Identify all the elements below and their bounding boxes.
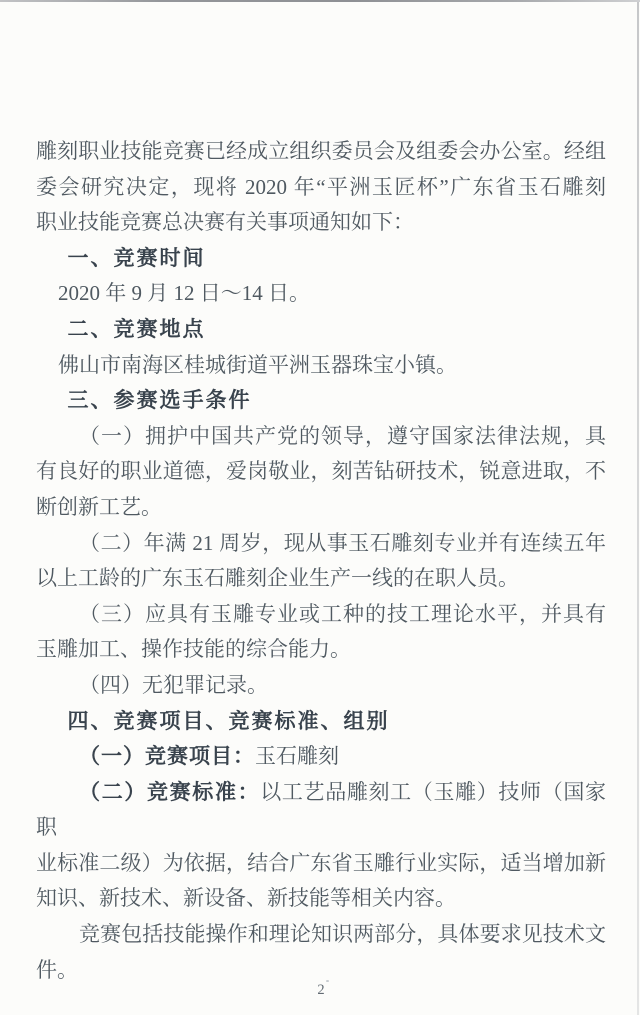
heading-events-standards-groups: 四、竞赛项目、竞赛标准、组别 xyxy=(36,704,606,740)
requirement-1-line-1: （一）拥护中国共产党的领导，遵守国家法律法规，具 xyxy=(36,419,606,455)
requirement-3-line-1: （三）应具有玉雕专业或工种的技工理论水平，并具有 xyxy=(36,597,606,633)
requirement-2-line-1: （二）年满 21 周岁，现从事玉石雕刻专业并有连续五年 xyxy=(36,526,606,562)
requirement-2-line-2: 以上工龄的广东玉石雕刻企业生产一线的在职人员。 xyxy=(36,561,606,597)
intro-line-2: 委会研究决定，现将 2020 年“平洲玉匠杯”广东省玉石雕刻 xyxy=(36,170,606,206)
heading-competition-time: 一、竞赛时间 xyxy=(36,241,606,277)
competition-date-line: 2020 年 9 月 12 日～14 日。 xyxy=(36,276,606,312)
competition-standard-label: （二）竞赛标准： xyxy=(79,780,260,804)
intro-line-3: 职业技能竞赛总决赛有关事项通知如下： xyxy=(36,205,606,241)
page-number: 2 xyxy=(36,982,606,999)
heading-competition-venue: 二、竞赛地点 xyxy=(36,312,606,348)
competition-event-line: （一）竞赛项目：玉石雕刻 xyxy=(36,739,606,775)
competition-standard-line-2: 业标准二级）为依据，结合广东省玉雕行业实际，适当增加新 xyxy=(36,846,606,882)
scan-top-edge-line xyxy=(0,0,640,2)
competition-event-value: 玉石雕刻 xyxy=(255,744,339,768)
requirement-1-line-3: 断创新工艺。 xyxy=(36,490,606,526)
competition-standard-line-1: （二）竞赛标准：以工艺品雕刻工（玉雕）技师（国家职 xyxy=(36,775,606,846)
requirement-4-line: （四）无犯罪记录。 xyxy=(36,668,606,704)
notice-document-body: 雕刻职业技能竞赛已经成立组织委员会及组委会办公室。经组 委会研究决定，现将 20… xyxy=(36,134,606,988)
competition-parts-line-1: 竞赛包括技能操作和理论知识两部分，具体要求见技术文 xyxy=(36,917,606,953)
competition-venue-line: 佛山市南海区桂城街道平洲玉器珠宝小镇。 xyxy=(36,348,606,384)
requirement-3-line-2: 玉雕加工、操作技能的综合能力。 xyxy=(36,632,606,668)
competition-event-label: （一）竞赛项目： xyxy=(79,744,255,768)
heading-contestant-requirements: 三、参赛选手条件 xyxy=(36,383,606,419)
requirement-1-line-2: 有良好的职业道德，爱岗敬业，刻苦钻研技术，锐意进取，不 xyxy=(36,454,606,490)
intro-line-1: 雕刻职业技能竞赛已经成立组织委员会及组委会办公室。经组 xyxy=(36,134,606,170)
scan-right-edge-line xyxy=(637,2,639,1015)
competition-standard-line-3: 知识、新技术、新设备、新技能等相关内容。 xyxy=(36,881,606,917)
